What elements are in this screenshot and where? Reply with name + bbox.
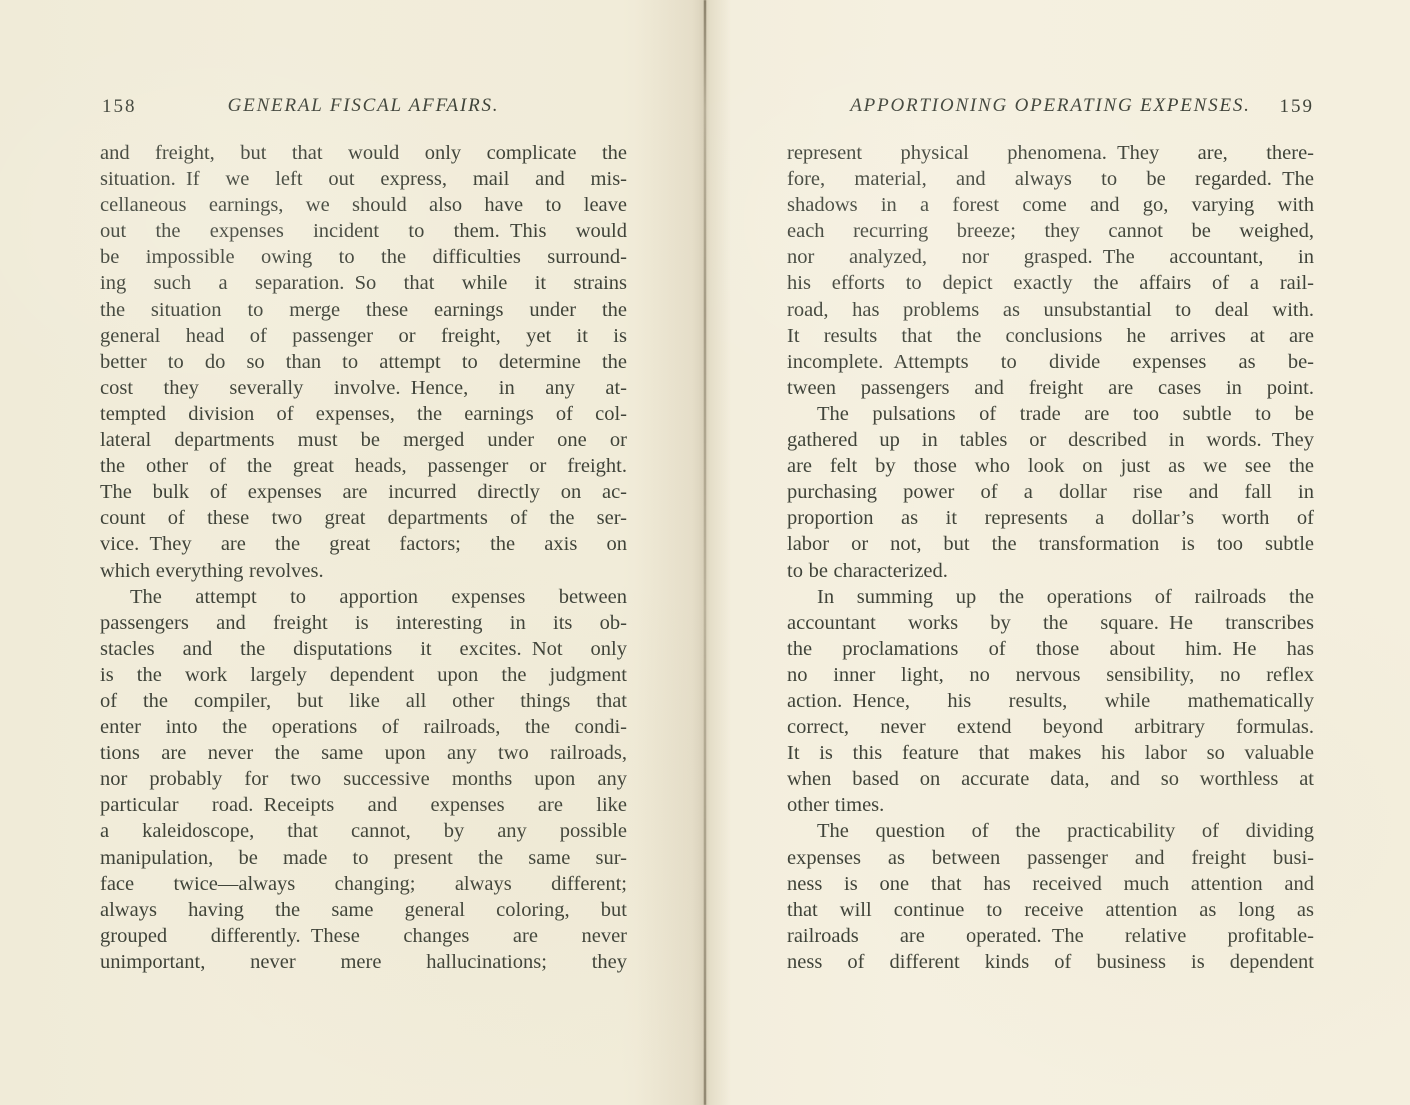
text-line: ing such a separation. So that while it …	[100, 270, 627, 296]
text-line: that will continue to receive attention …	[787, 897, 1314, 923]
text-line: the proclamations of those about him. He…	[787, 636, 1314, 662]
text-line: railroads are operated. The relative pro…	[787, 923, 1314, 949]
text-line: are felt by those who look on just as we…	[787, 453, 1314, 479]
right-page: APPORTIONING OPERATING EXPENSES. 159 rep…	[706, 0, 1410, 1105]
text-line: expenses as between passenger and freigh…	[787, 845, 1314, 871]
text-line: out the expenses incident to them. This …	[100, 218, 627, 244]
text-line: stacles and the disputations it excites.…	[100, 636, 627, 662]
text-line: cost they severally involve. Hence, in a…	[100, 375, 627, 401]
text-line: enter into the operations of railroads, …	[100, 714, 627, 740]
text-line: purchasing power of a dollar rise and fa…	[787, 479, 1314, 505]
text-line: vice. They are the great factors; the ax…	[100, 531, 627, 557]
text-line: nor probably for two successive months u…	[100, 766, 627, 792]
text-line: In summing up the operations of railroad…	[787, 584, 1314, 610]
text-line: The pulsations of trade are too subtle t…	[787, 401, 1314, 427]
text-line: fore, material, and always to be regarde…	[787, 166, 1314, 192]
text-line: other times.	[787, 792, 1314, 818]
text-line: ness is one that has received much atten…	[787, 871, 1314, 897]
text-line: action. Hence, his results, while mathem…	[787, 688, 1314, 714]
text-line: manipulation, be made to present the sam…	[100, 845, 627, 871]
text-line: count of these two great departments of …	[100, 505, 627, 531]
left-running-head: GENERAL FISCAL AFFAIRS.	[100, 95, 627, 117]
text-line: The bulk of expenses are incurred direct…	[100, 479, 627, 505]
text-line: each recurring breeze; they cannot be we…	[787, 218, 1314, 244]
left-page-number: 158	[102, 96, 137, 118]
right-running-head-row: APPORTIONING OPERATING EXPENSES. 159	[787, 95, 1314, 119]
text-line: a kaleidoscope, that cannot, by any poss…	[100, 818, 627, 844]
right-page-number: 159	[1280, 96, 1315, 118]
text-line: nor analyzed, nor grasped. The accountan…	[787, 244, 1314, 270]
text-line: road, has problems as unsubstantial to d…	[787, 297, 1314, 323]
text-line: to be characterized.	[787, 558, 1314, 584]
text-line: lateral departments must be merged under…	[100, 427, 627, 453]
right-page-body: represent physical phenomena. They are, …	[787, 140, 1314, 982]
book-spread: 158 GENERAL FISCAL AFFAIRS. and freight,…	[0, 0, 1410, 1105]
text-line: shadows in a forest come and go, varying…	[787, 192, 1314, 218]
text-line: his efforts to depict exactly the affair…	[787, 270, 1314, 296]
text-line: passengers and freight is interesting in…	[100, 610, 627, 636]
left-running-head-row: 158 GENERAL FISCAL AFFAIRS.	[100, 95, 627, 119]
text-line: particular road. Receipts and expenses a…	[100, 792, 627, 818]
text-line: tween passengers and freight are cases i…	[787, 375, 1314, 401]
text-line: and freight, but that would only complic…	[100, 140, 627, 166]
text-line: cellaneous earnings, we should also have…	[100, 192, 627, 218]
text-line: the other of the great heads, passenger …	[100, 453, 627, 479]
text-line: The attempt to apportion expenses betwee…	[100, 584, 627, 610]
text-line: no inner light, no nervous sensibility, …	[787, 662, 1314, 688]
text-line: is the work largely dependent upon the j…	[100, 662, 627, 688]
text-line: when based on accurate data, and so wort…	[787, 766, 1314, 792]
text-line: represent physical phenomena. They are, …	[787, 140, 1314, 166]
text-line: grouped differently. These changes are n…	[100, 923, 627, 949]
text-line: correct, never extend beyond arbitrary f…	[787, 714, 1314, 740]
text-line: of the compiler, but like all other thin…	[100, 688, 627, 714]
text-line: The question of the practicability of di…	[787, 818, 1314, 844]
text-line: which everything revolves.	[100, 558, 627, 584]
text-line: tempted division of expenses, the earnin…	[100, 401, 627, 427]
text-line: unimportant, never mere hallucinations; …	[100, 949, 627, 975]
text-line: gathered up in tables or described in wo…	[787, 427, 1314, 453]
text-line: ness of different kinds of business is d…	[787, 949, 1314, 975]
left-page-body: and freight, but that would only complic…	[100, 140, 627, 982]
text-line: accountant works by the square. He trans…	[787, 610, 1314, 636]
text-line: incomplete. Attempts to divide expenses …	[787, 349, 1314, 375]
text-line: general head of passenger or freight, ye…	[100, 323, 627, 349]
text-line: labor or not, but the transformation is …	[787, 531, 1314, 557]
text-line: It results that the conclusions he arriv…	[787, 323, 1314, 349]
left-page: 158 GENERAL FISCAL AFFAIRS. and freight,…	[0, 0, 706, 1105]
text-line: the situation to merge these earnings un…	[100, 297, 627, 323]
text-line: situation. If we left out express, mail …	[100, 166, 627, 192]
text-line: face twice—always changing; always diffe…	[100, 871, 627, 897]
text-line: tions are never the same upon any two ra…	[100, 740, 627, 766]
right-running-head: APPORTIONING OPERATING EXPENSES.	[787, 95, 1314, 117]
text-line: better to do so than to attempt to deter…	[100, 349, 627, 375]
text-line: always having the same general coloring,…	[100, 897, 627, 923]
text-line: be impossible owing to the difficulties …	[100, 244, 627, 270]
text-line: It is this feature that makes his labor …	[787, 740, 1314, 766]
text-line: proportion as it represents a dollar’s w…	[787, 505, 1314, 531]
